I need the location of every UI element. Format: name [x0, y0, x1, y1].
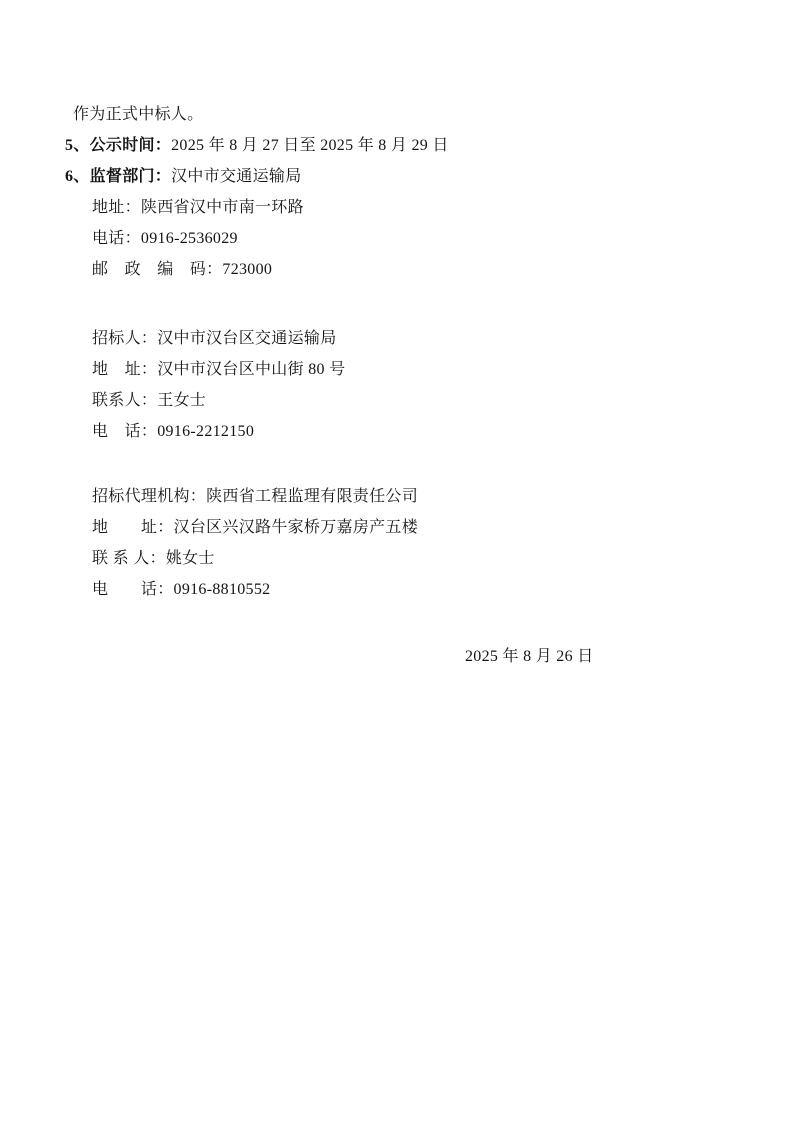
intro-text: 作为正式中标人。	[73, 106, 203, 123]
tenderer-contact-line: 联系人：王女士	[92, 385, 793, 416]
agency-name-line: 招标代理机构：陕西省工程监理有限责任公司	[92, 481, 793, 512]
agency-block: 招标代理机构：陕西省工程监理有限责任公司 地 址：汉台区兴汉路牛家桥万嘉房产五楼…	[0, 481, 793, 605]
supervision-dept-label: 6、监督部门：	[65, 168, 171, 185]
tenderer-phone-label: 电 话：	[92, 423, 157, 440]
supervisor-postcode-value: 723000	[222, 261, 272, 278]
agency-contact-line: 联 系 人：姚女士	[92, 543, 793, 574]
agency-phone-value: 0916-8810552	[174, 581, 271, 598]
document-page: 作为正式中标人。 5、公示时间：2025 年 8 月 27 日至 2025 年 …	[0, 0, 793, 1122]
agency-name-value: 陕西省工程监理有限责任公司	[206, 488, 418, 505]
agency-address-line: 地 址：汉台区兴汉路牛家桥万嘉房产五楼	[92, 512, 793, 543]
agency-name-label: 招标代理机构：	[92, 488, 206, 505]
agency-contact-label: 联 系 人：	[92, 550, 166, 567]
supervisor-postcode-label: 邮 政 编 码：	[92, 261, 222, 278]
supervisor-phone-line: 电话：0916-2536029	[92, 223, 793, 254]
tenderer-address-line: 地 址：汉中市汉台区中山街 80 号	[92, 354, 793, 385]
publicity-time-label: 5、公示时间：	[65, 137, 171, 154]
agency-phone-line: 电 话：0916-8810552	[92, 574, 793, 605]
supervision-dept-value: 汉中市交通运输局	[171, 168, 301, 185]
agency-contact-value: 姚女士	[166, 550, 215, 567]
date-line: 2025 年 8 月 26 日	[465, 641, 793, 672]
supervisor-address-value: 陕西省汉中市南一环路	[141, 199, 304, 216]
document-content: 作为正式中标人。 5、公示时间：2025 年 8 月 27 日至 2025 年 …	[0, 0, 793, 672]
supervisor-address-label: 地址：	[92, 199, 141, 216]
tenderer-name-line: 招标人：汉中市汉台区交通运输局	[92, 323, 793, 354]
supervisor-block: 地址：陕西省汉中市南一环路 电话：0916-2536029 邮 政 编 码：72…	[0, 192, 793, 285]
publicity-time-value: 2025 年 8 月 27 日至 2025 年 8 月 29 日	[171, 137, 449, 154]
agency-address-label: 地 址：	[92, 519, 174, 536]
tenderer-address-label: 地 址：	[92, 361, 157, 378]
tenderer-contact-label: 联系人：	[92, 392, 157, 409]
document-date: 2025 年 8 月 26 日	[465, 648, 594, 665]
tenderer-phone-line: 电 话：0916-2212150	[92, 416, 793, 447]
supervision-dept-item: 6、监督部门：汉中市交通运输局	[65, 161, 793, 192]
supervisor-postcode-line: 邮 政 编 码：723000	[92, 254, 793, 285]
intro-line: 作为正式中标人。	[73, 99, 793, 130]
publicity-time-item: 5、公示时间：2025 年 8 月 27 日至 2025 年 8 月 29 日	[65, 130, 793, 161]
tenderer-name-label: 招标人：	[92, 330, 157, 347]
supervisor-phone-value: 0916-2536029	[141, 230, 238, 247]
tenderer-block: 招标人：汉中市汉台区交通运输局 地 址：汉中市汉台区中山街 80 号 联系人：王…	[0, 323, 793, 447]
tenderer-address-value: 汉中市汉台区中山街 80 号	[157, 361, 345, 378]
agency-phone-label: 电 话：	[92, 581, 174, 598]
supervisor-address-line: 地址：陕西省汉中市南一环路	[92, 192, 793, 223]
agency-address-value: 汉台区兴汉路牛家桥万嘉房产五楼	[174, 519, 419, 536]
tenderer-contact-value: 王女士	[157, 392, 206, 409]
supervisor-phone-label: 电话：	[92, 230, 141, 247]
tenderer-name-value: 汉中市汉台区交通运输局	[157, 330, 336, 347]
tenderer-phone-value: 0916-2212150	[157, 423, 254, 440]
